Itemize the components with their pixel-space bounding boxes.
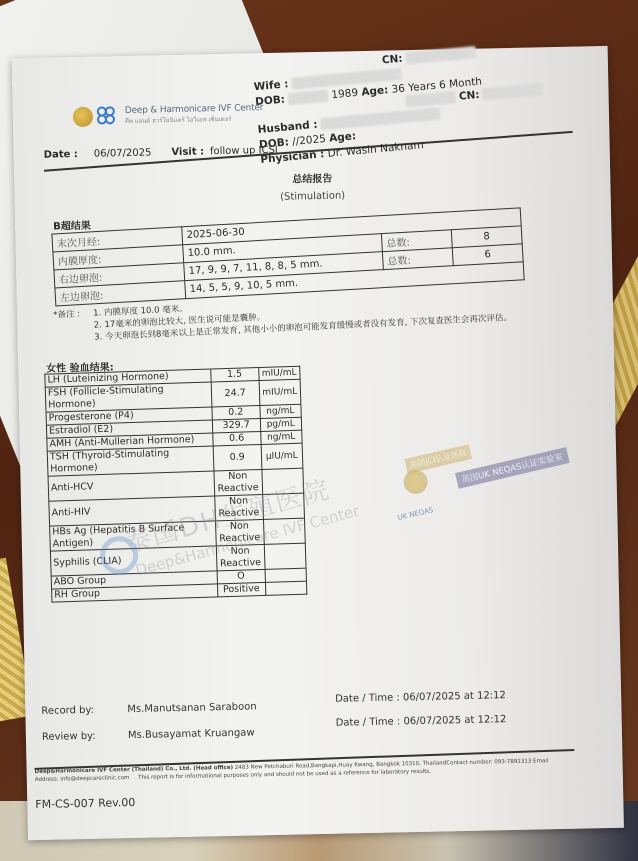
lab-value: 0.9 xyxy=(213,444,261,470)
gold-seal-icon xyxy=(73,107,93,127)
redacted-field xyxy=(405,91,456,107)
lab-unit: pg/mL xyxy=(260,417,302,431)
cn2-label: CN: xyxy=(458,89,480,103)
ultrasound-heading: B超结果 xyxy=(53,217,91,233)
lab-unit xyxy=(265,581,307,595)
record-by: Record by:Ms.Manutsanan Saraboon xyxy=(41,701,257,717)
review-by: Review by:Ms.Busayamat Kruangaw xyxy=(42,727,255,742)
report-footer: Deep&Harmonicare IVF Center (Thailand) C… xyxy=(35,756,595,784)
review-name: Ms.Busayamat Kruangaw xyxy=(128,727,255,741)
wife-dob-year: 1989 xyxy=(331,87,359,101)
record-dt-value: 06/07/2025 at 12:12 xyxy=(403,690,506,703)
lab-value: Non Reactive xyxy=(215,519,263,545)
footer-email: Address: info@deepcareclinic.com xyxy=(35,775,130,783)
lab-unit xyxy=(262,493,304,519)
lab-unit xyxy=(261,468,303,494)
husband-dob: //2025 xyxy=(292,133,327,148)
age-label: Age: xyxy=(361,84,389,98)
review-dt-label: Date / Time : xyxy=(336,716,401,728)
patient-info: CN: Wife : DOB: 1989 Age: 36 Years 6 Mon… xyxy=(252,39,548,168)
neqas-badge: 英国UK NEQAS认证实验室 xyxy=(455,447,569,489)
wife-label: Wife : xyxy=(253,78,289,93)
form-code: FM-CS-007 Rev.00 xyxy=(35,796,135,811)
cn-label: CN: xyxy=(381,53,403,67)
lab-unit: µIU/mL xyxy=(261,443,303,469)
lab-unit xyxy=(263,518,305,544)
jci-badge: 美国JCI认证医院 xyxy=(404,444,472,474)
jci-seal-icon xyxy=(403,470,427,494)
visit-date: 06/07/2025 xyxy=(94,147,152,159)
lab-value: Positive xyxy=(217,582,265,596)
neqas-logo: UK NEQAS xyxy=(397,506,434,522)
review-label: Review by: xyxy=(42,730,128,743)
lab-unit: mIU/mL xyxy=(259,379,301,405)
lab-results-table: LH (Luteinizing Hormone)1.5mIU/mLFSH (Fo… xyxy=(44,366,307,603)
clinic-logo: Deep & Harmonicare IVF Center ดีพ แอนด์ … xyxy=(73,103,264,127)
redacted-dob xyxy=(288,90,329,106)
clinic-flower-icon xyxy=(97,106,117,126)
review-datetime: Date / Time : 06/07/2025 at 12:12 xyxy=(336,714,507,729)
lab-unit: mIU/mL xyxy=(258,366,300,380)
lab-value: Non Reactive xyxy=(215,494,263,520)
date-label: Date : xyxy=(44,149,78,161)
record-dt-label: Date / Time : xyxy=(335,692,400,704)
lab-value: Non Reactive xyxy=(214,469,262,495)
record-datetime: Date / Time : 06/07/2025 at 12:12 xyxy=(335,690,506,705)
lab-value: Non Reactive xyxy=(216,544,264,570)
record-name: Ms.Manutsanan Saraboon xyxy=(127,701,257,715)
lab-unit xyxy=(264,543,306,569)
lab-unit xyxy=(265,568,307,582)
lab-unit: ng/mL xyxy=(259,404,301,418)
visit-label: Visit : xyxy=(171,146,204,158)
lab-value: 24.7 xyxy=(211,381,259,407)
report-paper: Deep & Harmonicare IVF Center ดีพ แอนด์ … xyxy=(12,46,624,840)
clinic-name-thai: ดีพ แอนด์ ฮาร์โมนิแคร์ ไอวีเอฟ เซ็นเตอร์ xyxy=(125,113,264,126)
husband-age-label: Age: xyxy=(329,130,357,144)
lab-unit: ng/mL xyxy=(260,430,302,444)
notes-label: *备注 : xyxy=(53,308,80,321)
dob-label: DOB: xyxy=(255,94,286,109)
redacted-cn2 xyxy=(482,83,543,100)
record-label: Record by: xyxy=(41,704,127,717)
review-dt-value: 06/07/2025 at 12:12 xyxy=(403,714,506,727)
